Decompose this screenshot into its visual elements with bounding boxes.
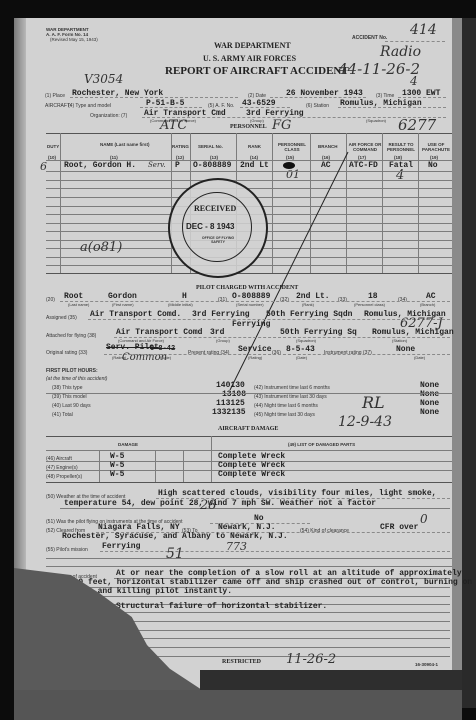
hours-this-type: 140130 bbox=[216, 381, 245, 390]
damage-title: AIRCRAFT DAMAGE bbox=[218, 426, 278, 432]
hand-radio: Radio bbox=[380, 44, 421, 60]
hand-0: 0 bbox=[420, 512, 428, 526]
col-parachute: USE OF PARACHUTE bbox=[420, 142, 452, 152]
col-result: RESULT TO PERSONNEL bbox=[384, 142, 418, 152]
instr-30d: None bbox=[420, 390, 439, 399]
hand-51: 51 bbox=[166, 546, 184, 562]
weather-line1: High scattered clouds, visibility four m… bbox=[158, 489, 436, 498]
present-rating: Service bbox=[238, 345, 272, 354]
hours-total: 1332135 bbox=[212, 408, 246, 417]
original-rating-label: Original rating (33) bbox=[46, 350, 87, 356]
org-squadron-sub: (Squadron) bbox=[366, 118, 386, 123]
pilot-branch: AC bbox=[426, 292, 436, 301]
instrument-rating-label: Instrument rating (37) bbox=[324, 350, 372, 356]
damage-col-header: DAMAGE bbox=[118, 442, 138, 447]
sub-label: (Serial number) bbox=[236, 302, 264, 307]
route-value: Rochester, Syracuse, and Albany to Newar… bbox=[62, 532, 288, 541]
pilot-rank: 2nd Lt. bbox=[296, 292, 330, 301]
hours-this-model-label: (39) This model bbox=[52, 394, 87, 400]
present-rating-label: Present rating (34) bbox=[188, 350, 229, 356]
instrument-rating: None bbox=[396, 345, 415, 354]
page-shadow-left bbox=[14, 18, 26, 578]
sub-label: (Branch) bbox=[420, 302, 435, 307]
cleared-from: Niagara Falls, NY bbox=[98, 523, 180, 532]
pilot-first: Gordon bbox=[108, 292, 137, 301]
hand-initials: RL bbox=[362, 393, 385, 412]
hand-atc: ATC bbox=[160, 118, 187, 133]
col-name: NAME (Last name first) bbox=[100, 142, 150, 147]
hand-four: 4 bbox=[410, 74, 418, 88]
pen-stroke bbox=[220, 150, 360, 400]
col-rank: RANK bbox=[248, 144, 261, 149]
hours-total-label: (41) Total bbox=[52, 412, 73, 418]
instr-6mo: None bbox=[420, 381, 439, 390]
pilot-class: 18 bbox=[368, 292, 378, 301]
pilot-serial: O-808889 bbox=[232, 292, 270, 301]
damage-mark: W-5 bbox=[110, 461, 124, 470]
cause-value: Structural failure of horizontal stabili… bbox=[116, 602, 327, 611]
hours-last-90-label: (40) Last 90 days bbox=[52, 403, 91, 409]
instr-30d-label: (43) Instrument time last 30 days bbox=[254, 394, 327, 400]
assigned-squadron: 50th Ferrying Sqdn bbox=[266, 310, 352, 319]
col-branch: BRANCH bbox=[318, 144, 338, 149]
to-value: Newark, N.J. bbox=[218, 523, 276, 532]
attached-extra: Ferrying bbox=[232, 320, 270, 329]
sub-label: (Last name) bbox=[68, 302, 89, 307]
aircraft-label: AIRCRAFT: bbox=[45, 103, 71, 109]
parts-col-header: (49) LIST OF DAMAGED PARTS bbox=[288, 442, 355, 447]
hand-footer-ref: 11-26-2 bbox=[286, 652, 336, 667]
mission-value: Ferrying bbox=[102, 542, 140, 551]
field-num: (32) bbox=[280, 297, 289, 303]
weather-line2: temperature 54, dew point 28, wind 7 mph… bbox=[64, 499, 376, 508]
assigned-label: Assigned (35) bbox=[46, 315, 77, 321]
org-label: Organization: (7) bbox=[90, 113, 127, 119]
pilot-title: PILOT CHARGED WITH ACCIDENT bbox=[196, 285, 298, 291]
night-30d-label: (45) Night time last 30 days bbox=[254, 412, 315, 418]
nature-line1: At or near the completion of a slow roll… bbox=[116, 569, 462, 578]
col-serial: SERIAL No. bbox=[198, 144, 223, 149]
field-num: (31) bbox=[218, 297, 227, 303]
sub-label: (Middle initial) bbox=[168, 302, 193, 307]
col-rating: RATING bbox=[172, 144, 189, 149]
hours-this-type-label: (38) This type bbox=[52, 385, 82, 391]
pilot-middle: H bbox=[182, 292, 187, 301]
restricted-label: RESTRICTED bbox=[222, 659, 261, 665]
assigned-group: 3rd Ferrying bbox=[192, 310, 250, 319]
damage-parts: Complete Wreck bbox=[218, 461, 285, 470]
personnel-title: PERSONNEL bbox=[230, 124, 267, 130]
hand-6277: 6277 bbox=[398, 116, 436, 134]
station-label: (6) Station bbox=[306, 103, 329, 109]
sub-label: (Squadron) bbox=[296, 338, 316, 343]
sub-label: (Date) bbox=[296, 355, 307, 360]
damage-parts: Complete Wreck bbox=[218, 470, 285, 479]
damage-mark: W-5 bbox=[110, 452, 124, 461]
night-30d: None bbox=[420, 408, 439, 417]
type-label: (4) Type and model bbox=[68, 103, 111, 109]
damage-mark: W-5 bbox=[110, 470, 124, 479]
field-num: (33) bbox=[338, 297, 347, 303]
header-title: REPORT OF AIRCRAFT ACCIDENT bbox=[165, 65, 349, 77]
hand-common: Common bbox=[122, 352, 167, 363]
hand-fg: FG bbox=[272, 118, 291, 133]
hand-signature-small: a(o81) bbox=[80, 240, 122, 255]
attached-label: Attached for flying (38) bbox=[46, 333, 96, 339]
sub-label: (First name) bbox=[112, 302, 134, 307]
attached-group: 3rd bbox=[210, 328, 224, 337]
accident-no-hand: 414 bbox=[410, 22, 437, 38]
col-duty: DUTY bbox=[47, 144, 59, 149]
header-dept: WAR DEPARTMENT bbox=[214, 41, 291, 50]
accident-no-label: ACCIDENT No. bbox=[352, 35, 387, 41]
hand-code-left: V3054 bbox=[84, 72, 123, 86]
damage-parts: Complete Wreck bbox=[218, 452, 285, 461]
hand-28: 28 bbox=[200, 498, 217, 513]
cell-name: Root, Gordon H. bbox=[64, 161, 136, 170]
hours-subtitle: (at the time of this accident) bbox=[46, 376, 107, 382]
form-id-line3: (Revised May 15, 1943) bbox=[50, 37, 98, 42]
form-code: 16-30904-1 bbox=[415, 662, 438, 667]
hand-6277j: 6277-J bbox=[400, 316, 443, 331]
page-shadow-bottom bbox=[200, 670, 462, 692]
night-6mo: None bbox=[420, 399, 439, 408]
scan-border-right bbox=[462, 18, 476, 708]
hand-773: 773 bbox=[226, 540, 247, 553]
sub-label: (Group) bbox=[216, 338, 230, 343]
night-6mo-label: (44) Night time last 6 months bbox=[254, 403, 318, 409]
present-date: 8-5-43 bbox=[286, 345, 315, 354]
sub-label: (Rank) bbox=[302, 302, 314, 307]
field-num: (36) bbox=[272, 350, 281, 356]
sub-label: (Rating) bbox=[248, 355, 262, 360]
hours-last-90: 113125 bbox=[216, 399, 245, 408]
nature-line2: 4500 feet, horizontal stabilizer came of… bbox=[64, 578, 472, 587]
place-label: (1) Place bbox=[45, 93, 65, 99]
scan-border-bottom bbox=[14, 690, 462, 720]
mission-label: (55) Pilot's mission bbox=[46, 547, 88, 553]
assigned-command: Air Transport Comd. bbox=[90, 310, 181, 319]
clearance-label: (54) Kind of clearance bbox=[300, 528, 349, 534]
cell-parachute: No bbox=[428, 161, 438, 170]
sub-label: (Personnel class) bbox=[354, 302, 385, 307]
field-num: (34) bbox=[398, 297, 407, 303]
hours-this-model: 13108 bbox=[222, 390, 246, 399]
cell-rating-hand: Serv. bbox=[148, 161, 166, 169]
sub-label: (Station) bbox=[392, 338, 407, 343]
damage-label: (48) Propeller(s) bbox=[46, 474, 82, 480]
attached-squadron: 50th Ferrying Sq bbox=[280, 328, 357, 337]
hours-title: FIRST PILOT HOURS: bbox=[46, 368, 98, 374]
instr-6mo-label: (42) Instrument time last 6 months bbox=[254, 385, 330, 391]
clearance-value: CFR over bbox=[380, 523, 418, 532]
field-num: (20) bbox=[46, 297, 55, 303]
sub-label: (Date) bbox=[414, 355, 425, 360]
pilot-last: Root bbox=[64, 292, 83, 301]
hand-date: 12-9-43 bbox=[338, 414, 392, 430]
hand-ref: 44-11-26-2 bbox=[338, 60, 420, 78]
cell-rating: P bbox=[175, 161, 180, 170]
org-group-sub: (Group) bbox=[250, 118, 264, 123]
instruments-value: No bbox=[254, 514, 264, 523]
attached-command: Air Transport Comd bbox=[116, 328, 202, 337]
header-service: U. S. ARMY AIR FORCES bbox=[203, 54, 296, 63]
